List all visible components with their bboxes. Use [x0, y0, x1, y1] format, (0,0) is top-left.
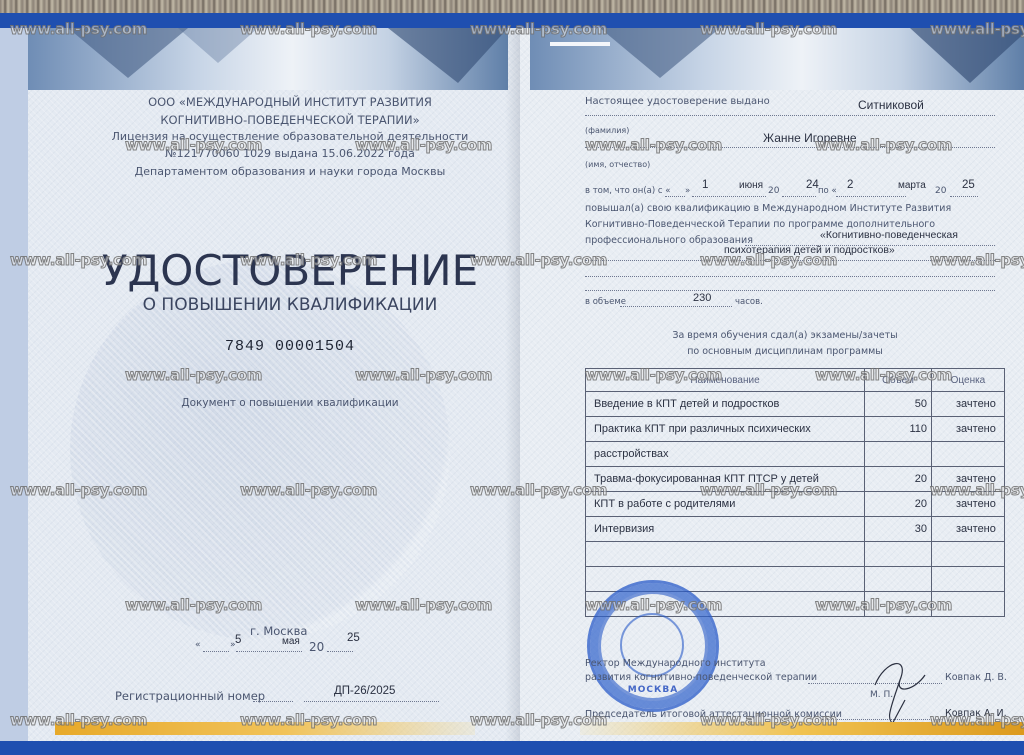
table-row: КПТ в работе с родителями 20 зачтено	[586, 492, 1005, 517]
signature-graphic	[855, 640, 945, 730]
discipline-hours: 110	[865, 417, 932, 442]
body-line1: повышал(а) свою квалификацию в Междунаро…	[585, 203, 951, 214]
discipline-name: расстройствах	[586, 442, 865, 467]
exams-line1: За время обучения сдал(а) экзамены/зачет…	[620, 330, 950, 341]
end-year: 25	[962, 179, 975, 191]
discipline-grade: зачтено	[932, 517, 1005, 542]
end-month: марта	[898, 180, 926, 191]
discipline-name: КПТ в работе с родителями	[586, 492, 865, 517]
discipline-name: Практика КПТ при различных психических	[586, 417, 865, 442]
table-row: Введение в КПТ детей и подростков 50 зач…	[586, 392, 1005, 417]
left-yellow-band	[55, 722, 475, 735]
discipline-grade: зачтено	[932, 417, 1005, 442]
volume-unit: часов.	[735, 297, 763, 307]
surname-caption: (фамилия)	[585, 126, 629, 135]
table-row: Травма-фокусированная КПТ ПТСР у детей 2…	[586, 467, 1005, 492]
license-line1: Лицензия на осуществление образовательно…	[100, 130, 480, 143]
table-row: расстройствах	[586, 442, 1005, 467]
start-year: 24	[806, 179, 819, 191]
period-to: по «	[818, 186, 837, 196]
registration-label: Регистрационный номер	[115, 689, 265, 703]
exams-line2: по основным дисциплинам программы	[620, 346, 950, 357]
date-open-quote: «	[195, 640, 201, 650]
program-name-line1: «Когнитивно-поведенческая	[820, 229, 958, 241]
right-yellow-band	[580, 722, 1024, 735]
issue-year: 25	[347, 632, 360, 644]
right-header-ornament	[530, 28, 1024, 90]
left-header-ornament	[28, 28, 508, 90]
period-prefix: в том, что он(а) с «	[585, 186, 670, 196]
start-year-prefix: 20	[768, 186, 779, 196]
certificate-subtitle: О ПОВЫШЕНИИ КВАЛИФИКАЦИИ	[100, 295, 480, 315]
discipline-grade	[932, 592, 1005, 617]
discipline-hours: 50	[865, 392, 932, 417]
name-caption: (имя, отчество)	[585, 160, 650, 169]
table-row	[586, 542, 1005, 567]
discipline-name: Введение в КПТ детей и подростков	[586, 392, 865, 417]
org-name-line1: ООО «МЕЖДУНАРОДНЫЙ ИНСТИТУТ РАЗВИТИЯ	[120, 95, 460, 109]
table-row: Интервизия 30 зачтено	[586, 517, 1005, 542]
document-caption: Документ о повышении квалификации	[120, 397, 460, 409]
left-page-edge	[0, 28, 28, 741]
rector-title-line1: Ректор Международного института	[585, 658, 766, 669]
issued-to-label: Настоящее удостоверение выдано	[585, 96, 770, 107]
org-name-line2: КОГНИТИВНО-ПОВЕДЕНЧЕСКОЙ ТЕРАПИИ»	[120, 113, 460, 127]
seal-place-mark: М. П.	[870, 690, 893, 700]
end-day: 2	[847, 179, 853, 191]
discipline-name	[586, 542, 865, 567]
certificate-title: УДОСТОВЕРЕНИЕ	[90, 246, 490, 295]
discipline-grade	[932, 542, 1005, 567]
discipline-grade: зачтено	[932, 492, 1005, 517]
discipline-hours: 20	[865, 492, 932, 517]
registration-number: ДП-26/2025	[334, 685, 395, 697]
official-seal-stamp: МОСКВА	[587, 580, 719, 712]
col-header-grade: Оценка	[932, 369, 1005, 392]
col-header-hours: Объем	[865, 369, 932, 392]
discipline-grade	[932, 567, 1005, 592]
license-line2: №121770060 1029 выдана 15.06.2022 года	[100, 147, 480, 160]
period-close-quote: »	[685, 186, 690, 196]
program-name-line2: психотерапия детей и подростков»	[724, 244, 895, 256]
discipline-hours	[865, 567, 932, 592]
discipline-name: Травма-фокусированная КПТ ПТСР у детей	[586, 467, 865, 492]
discipline-hours	[865, 542, 932, 567]
discipline-name: Интервизия	[586, 517, 865, 542]
seal-city-text: МОСКВА	[590, 685, 716, 695]
globe-watermark-graphic	[70, 260, 450, 640]
discipline-hours	[865, 592, 932, 617]
discipline-grade: зачтено	[932, 467, 1005, 492]
discipline-hours: 30	[865, 517, 932, 542]
col-header-name: Наименование	[586, 369, 865, 392]
recipient-surname: Ситниковой	[858, 98, 924, 112]
start-month: июня	[739, 180, 763, 191]
issue-year-prefix: 20	[309, 640, 324, 654]
commission-chair-name: Ковпак А. И.	[945, 708, 1007, 719]
discipline-hours	[865, 442, 932, 467]
discipline-grade: зачтено	[932, 392, 1005, 417]
table-row: Практика КПТ при различных психических 1…	[586, 417, 1005, 442]
discipline-grade	[932, 442, 1005, 467]
commission-chair-label: Председатель итоговой аттестационной ком…	[585, 709, 842, 720]
recipient-name: Жанне Игоревне	[763, 131, 857, 145]
discipline-hours: 20	[865, 467, 932, 492]
serial-number: 7849 00001504	[140, 338, 440, 355]
volume-hours: 230	[693, 292, 711, 304]
license-line3: Департаментом образования и науки города…	[100, 165, 480, 178]
rector-name: Ковпак Д. В.	[945, 672, 1007, 683]
rector-title-line2: развития когнитивно-поведенческой терапи…	[585, 672, 817, 683]
start-day: 1	[702, 179, 708, 191]
issue-day: 5	[235, 634, 241, 646]
end-year-prefix: 20	[935, 186, 946, 196]
issue-month: мая	[282, 636, 300, 647]
